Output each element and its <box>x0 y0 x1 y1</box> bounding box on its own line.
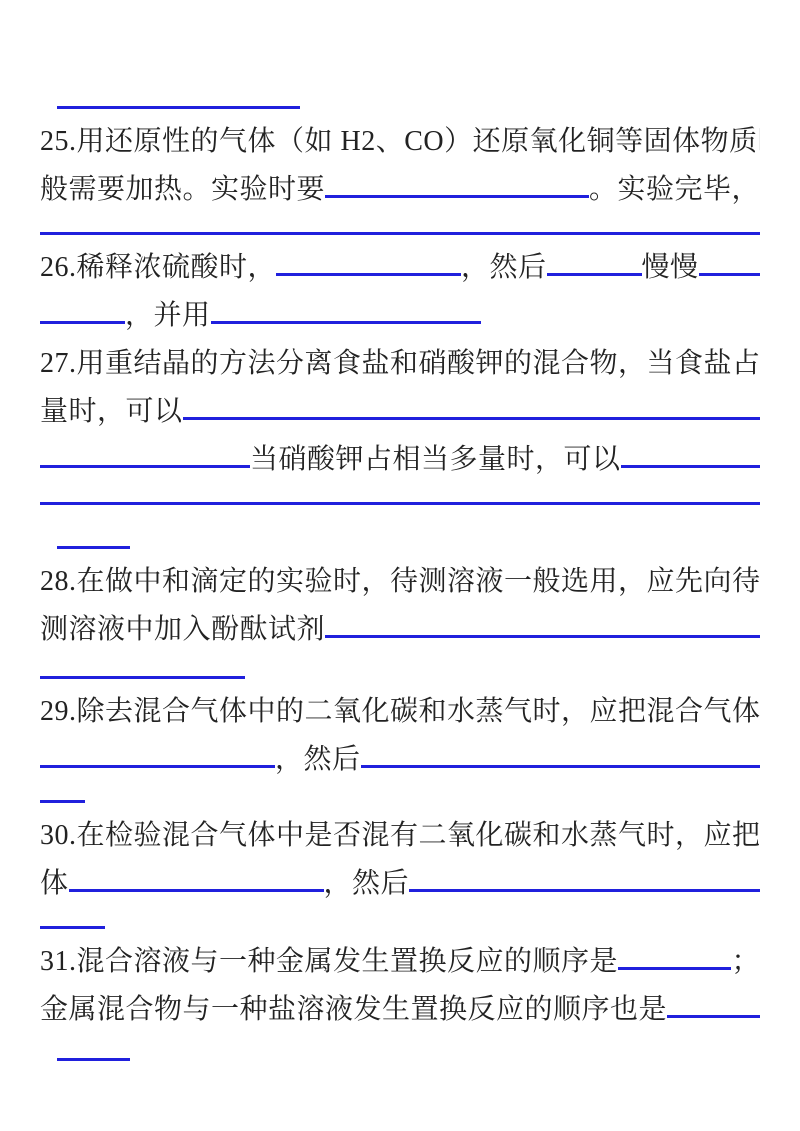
answer-blank[interactable] <box>325 195 589 198</box>
worksheet-line: 29.除去混合气体中的二氧化碳和水蒸气时，应把混合气体 <box>40 688 760 736</box>
answer-blank[interactable] <box>40 676 245 679</box>
worksheet-line: 27.用重结晶的方法分离食盐和硝酸钾的混合物，当食盐占相当多 <box>40 340 760 388</box>
answer-blank[interactable] <box>69 889 324 892</box>
worksheet-line: 25.用还原性的气体（如 H2、CO）还原氧化铜等固体物质时，一 <box>40 118 760 166</box>
answer-blank[interactable] <box>618 967 731 970</box>
question-text: 。实验完毕， <box>589 166 760 214</box>
worksheet-line: 金属混合物与一种盐溶液发生置换反应的顺序也是 <box>40 986 760 1034</box>
question-text: ，然后 <box>324 860 410 908</box>
question-text: 般需要加热。实验时要 <box>40 166 325 214</box>
worksheet-page: 25.用还原性的气体（如 H2、CO）还原氧化铜等固体物质时，一般需要加热。实验… <box>0 0 800 1131</box>
question-text: 26.稀释浓硫酸时， <box>40 244 276 292</box>
answer-blank[interactable] <box>621 465 760 468</box>
answer-blank[interactable] <box>699 273 760 276</box>
question-text: 27.用重结晶的方法分离食盐和硝酸钾的混合物，当食盐占相当多 <box>40 348 760 379</box>
answer-blank[interactable] <box>40 765 275 768</box>
answer-blank[interactable] <box>276 273 461 276</box>
answer-blank[interactable] <box>409 889 760 892</box>
question-text: ，应先向待 <box>618 558 760 606</box>
question-text: 当硝酸钾占相当多量时，可以 <box>250 436 621 484</box>
answer-blank[interactable] <box>57 1058 130 1061</box>
question-text: 体 <box>40 860 69 908</box>
question-text: ，并用 <box>125 292 211 340</box>
worksheet-line: 般需要加热。实验时要。实验完毕， <box>40 166 760 214</box>
worksheet-line <box>40 908 760 938</box>
worksheet-line: 量时，可以 <box>40 388 760 436</box>
worksheet-line: ，然后 <box>40 736 760 784</box>
question-text: 慢慢 <box>642 244 699 292</box>
question-text: 31.混合溶液与一种金属发生置换反应的顺序是 <box>40 938 618 986</box>
answer-blank[interactable] <box>40 465 250 468</box>
answer-blank[interactable] <box>40 232 760 235</box>
worksheet-line: 测溶液中加入酚酞试剂 <box>40 606 760 654</box>
answer-blank[interactable] <box>57 546 130 549</box>
question-text: 30.在检验混合气体中是否混有二氧化碳和水蒸气时，应把混合气 <box>40 820 760 851</box>
answer-blank[interactable] <box>211 321 481 324</box>
worksheet-line: 28.在做中和滴定的实验时，待测溶液一般选用，应先向待 <box>40 558 760 606</box>
question-text: 25.用还原性的气体（如 H2、CO）还原氧化铜等固体物质时，一 <box>40 126 760 157</box>
worksheet-line: 体，然后 <box>40 860 760 908</box>
answer-blank[interactable] <box>361 765 760 768</box>
question-text: ，然后 <box>275 736 361 784</box>
worksheet-line: 30.在检验混合气体中是否混有二氧化碳和水蒸气时，应把混合气 <box>40 812 760 860</box>
question-text: 29.除去混合气体中的二氧化碳和水蒸气时，应把混合气体 <box>40 688 760 736</box>
worksheet-line <box>40 214 760 244</box>
answer-blank[interactable] <box>667 1015 760 1018</box>
worksheet-line <box>40 654 760 688</box>
worksheet-line <box>40 484 760 514</box>
worksheet-line <box>40 70 760 118</box>
answer-blank[interactable] <box>40 321 125 324</box>
question-text: 金属混合物与一种盐溶液发生置换反应的顺序也是 <box>40 986 667 1034</box>
answer-blank[interactable] <box>57 106 300 109</box>
answer-blank[interactable] <box>40 800 85 803</box>
worksheet-line: ，并用 <box>40 292 760 340</box>
worksheet-line: 26.稀释浓硫酸时，，然后慢慢 <box>40 244 760 292</box>
answer-blank[interactable] <box>40 926 105 929</box>
answer-blank[interactable] <box>325 635 760 638</box>
answer-blank[interactable] <box>40 502 760 505</box>
question-text: 量时，可以 <box>40 388 183 436</box>
question-text: ； <box>731 938 760 986</box>
question-text: ，然后 <box>461 244 547 292</box>
worksheet-line <box>40 784 760 812</box>
question-text: 28.在做中和滴定的实验时，待测溶液一般选用 <box>40 558 618 606</box>
answer-blank[interactable] <box>183 417 760 420</box>
worksheet-line <box>40 514 760 558</box>
worksheet-line: 31.混合溶液与一种金属发生置换反应的顺序是； <box>40 938 760 986</box>
worksheet-line <box>40 1034 760 1070</box>
worksheet-line: 当硝酸钾占相当多量时，可以 <box>40 436 760 484</box>
answer-blank[interactable] <box>547 273 642 276</box>
question-text: 测溶液中加入酚酞试剂 <box>40 606 325 654</box>
